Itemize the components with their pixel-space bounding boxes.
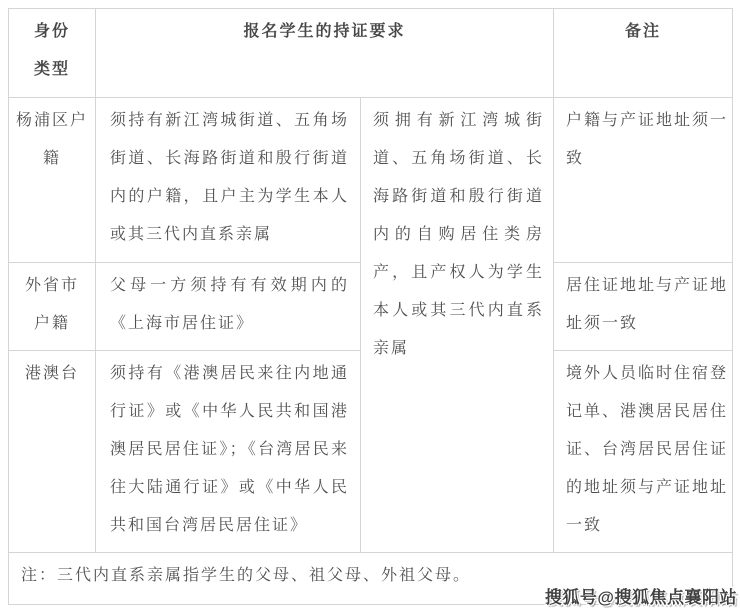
requirement-cell-yangpu-hukou: 须持有新江湾城街道、五角场街道、长海路街道和殷行街道内的户籍，且户主为学生本人或…: [96, 98, 361, 263]
identity-cell-other-province: 外省市 户籍: [9, 263, 96, 351]
watermark-text: 搜狐号@搜狐焦点襄阳站: [545, 583, 737, 608]
identity-cell-yangpu: 杨浦区户 籍: [9, 98, 96, 263]
merged-property-requirement-cell: 须拥有新江湾城街道、五角场街道、长海路街道和殷行街道内的自购居住类房产，且产权人…: [361, 98, 554, 553]
requirement-cell-hk-macau-taiwan: 须持有《港澳居民来往内地通行证》或《中华人民共和国港澳居民居住证》；《台湾居民来…: [96, 351, 361, 553]
remark-cell-yangpu: 户籍与产证地址须一致: [554, 98, 733, 263]
row-yangpu-registration: 杨浦区户 籍 须持有新江湾城街道、五角场街道、长海路街道和殷行街道内的户籍，且户…: [9, 98, 733, 263]
identity-cell-hk-macau-taiwan: 港澳台: [9, 351, 96, 553]
remark-cell-other-province: 居住证地址与产证地址须一致: [554, 263, 733, 351]
requirement-cell-residence-permit: 父母一方须持有有效期内的《上海市居住证》: [96, 263, 361, 351]
header-identity-type: 身份 类型: [9, 9, 96, 98]
header-remark: 备注: [554, 9, 733, 98]
remark-cell-hk-macau-taiwan: 境外人员临时住宿登记单、港澳居民居住证、台湾居民居住证的地址须与产证地址一致: [554, 351, 733, 553]
document-page: 身份 类型 报名学生的持证要求 备注 杨浦区户 籍 须持有新江湾城街道、五角场街…: [0, 0, 740, 611]
table-header-row: 身份 类型 报名学生的持证要求 备注: [9, 9, 733, 98]
header-certificate-requirement: 报名学生的持证要求: [96, 9, 554, 98]
admission-requirements-table: 身份 类型 报名学生的持证要求 备注 杨浦区户 籍 须持有新江湾城街道、五角场街…: [8, 8, 733, 605]
